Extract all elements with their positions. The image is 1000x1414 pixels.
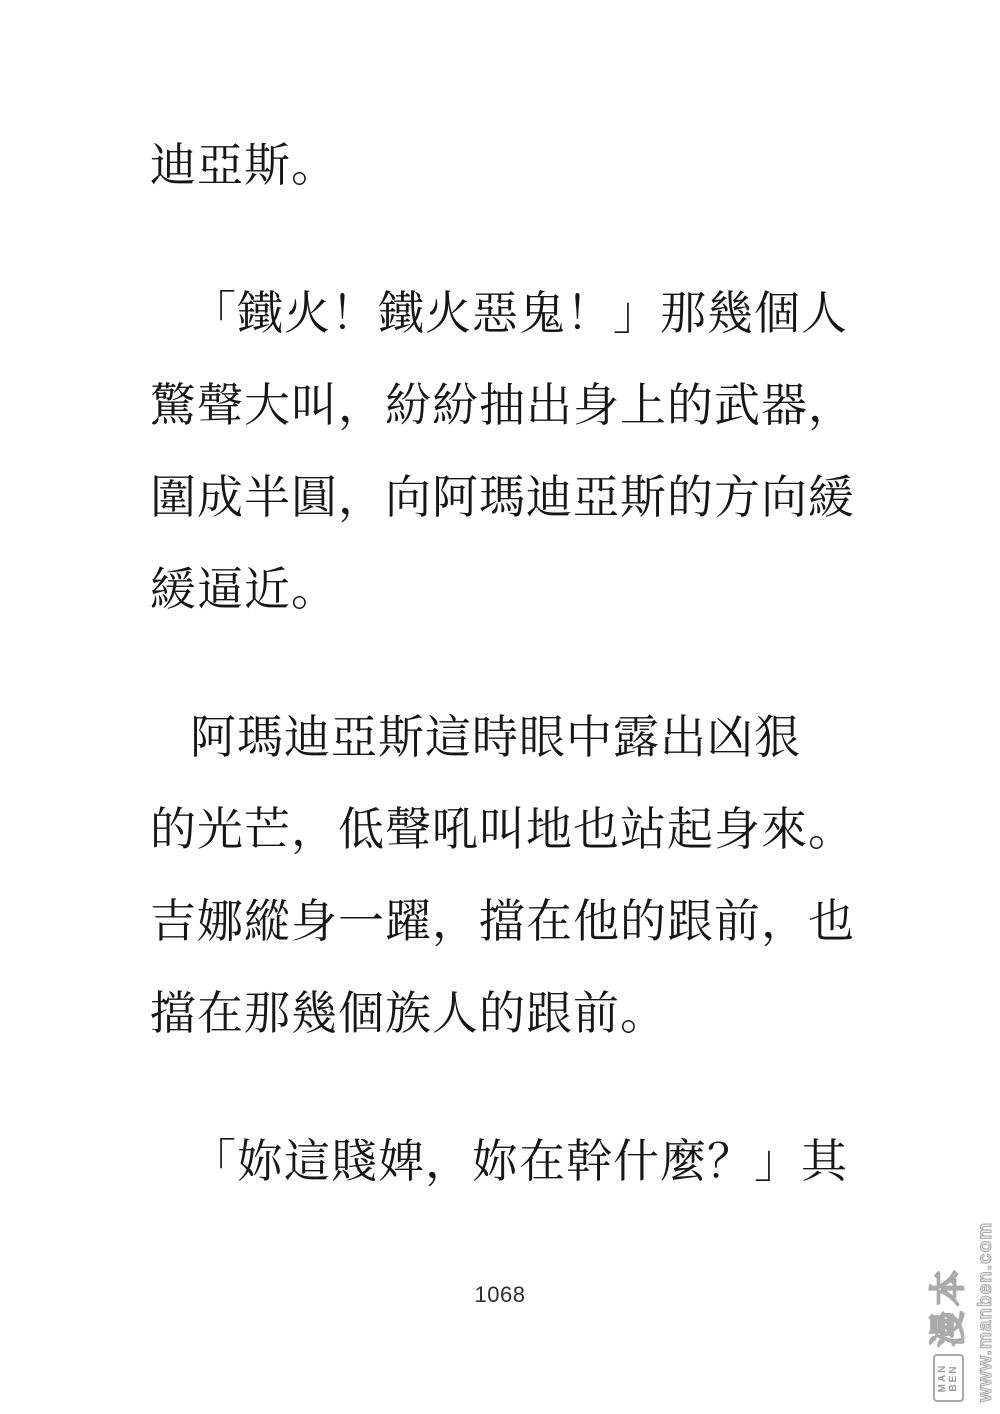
paragraph: 「妳這賤婢，妳在幹什麼？」其: [150, 1115, 870, 1207]
text-line: 「妳這賤婢，妳在幹什麼？」其: [150, 1115, 870, 1207]
manben-logo-icon: MAN BEN: [933, 1354, 964, 1402]
text-line: 迪亞斯。: [150, 119, 870, 211]
paragraph: 阿瑪迪亞斯這時眼中露出凶狠 的光芒，低聲吼叫地也站起身來。 吉娜縱身一躍，擋在他…: [150, 691, 870, 1059]
text-line: 「鐵火！鐵火惡鬼！」那幾個人: [150, 267, 870, 359]
watermark-brand-row: MAN BEN 漫本: [927, 1252, 969, 1402]
paragraph: 「鐵火！鐵火惡鬼！」那幾個人 驚聲大叫，紛紛抽出身上的武器， 圍成半圓，向阿瑪迪…: [150, 267, 870, 635]
text-line: 緩逼近。: [150, 543, 870, 635]
site-watermark: MAN BEN 漫本 www.manben.com: [927, 1252, 997, 1402]
watermark-url: www.manben.com: [975, 1252, 997, 1402]
text-line: 阿瑪迪亞斯這時眼中露出凶狠: [150, 691, 870, 783]
paragraph: 迪亞斯。: [150, 119, 870, 211]
logo-text-line2: BEN: [948, 1364, 959, 1391]
logo-text-line1: MAN: [937, 1364, 948, 1393]
text-line: 擋在那幾個族人的跟前。: [150, 967, 870, 1059]
text-line: 驚聲大叫，紛紛抽出身上的武器，: [150, 359, 870, 451]
book-page-text: 迪亞斯。 「鐵火！鐵火惡鬼！」那幾個人 驚聲大叫，紛紛抽出身上的武器， 圍成半圓…: [150, 119, 870, 1263]
text-line: 吉娜縱身一躍，擋在他的跟前，也: [150, 875, 870, 967]
text-line: 圍成半圓，向阿瑪迪亞斯的方向緩: [150, 451, 870, 543]
brand-name: 漫本: [928, 1265, 968, 1347]
text-line: 的光芒，低聲吼叫地也站起身來。: [150, 783, 870, 875]
page-number: 1068: [0, 1283, 1000, 1307]
